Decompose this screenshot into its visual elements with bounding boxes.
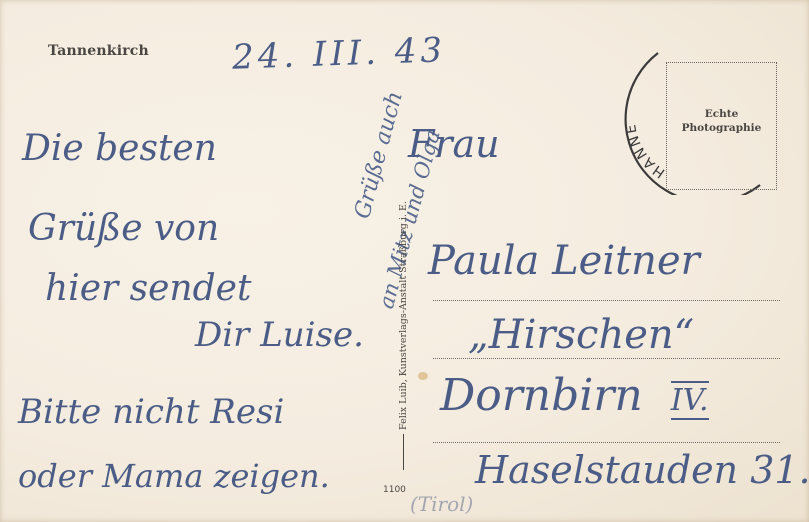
address-line-2 bbox=[433, 358, 780, 359]
postcard-back: Tannenkirch 24. III. 43 Die besten Grüße… bbox=[0, 0, 809, 522]
handwritten-date: 24. III. 43 bbox=[231, 30, 446, 77]
place-name: Tannenkirch bbox=[48, 43, 149, 59]
stamp-box: Echte Photographie bbox=[666, 62, 777, 190]
message-signature: Dir Luise. bbox=[195, 315, 364, 355]
message-line-5: Bitte nicht Resi bbox=[18, 392, 284, 432]
message-line-3: hier sendet bbox=[45, 268, 251, 309]
address-town: Dornbirn IV. bbox=[440, 370, 709, 421]
address-line-3 bbox=[433, 442, 780, 443]
address-town-name: Dornbirn bbox=[440, 370, 643, 421]
publisher-text: Felix Luib, Kunstverlags-Anstalt Straßbu… bbox=[398, 201, 409, 430]
paper-stain bbox=[418, 372, 428, 380]
address-salutation: Frau bbox=[408, 122, 500, 166]
address-street: Haselstauden 31. bbox=[475, 448, 809, 492]
imprint-dash bbox=[403, 434, 404, 470]
message-line-1: Die besten bbox=[22, 128, 217, 169]
message-line-2: Grüße von bbox=[28, 208, 219, 249]
edition-number: 1100 bbox=[383, 485, 406, 495]
message-line-6: oder Mama zeigen. bbox=[18, 457, 330, 495]
stamp-label-line-2: Photographie bbox=[667, 121, 776, 135]
address-district: IV. bbox=[671, 381, 709, 420]
stamp-label-line-1: Echte bbox=[667, 107, 776, 121]
address-name: Paula Leitner bbox=[428, 238, 700, 284]
address-line-1 bbox=[433, 300, 780, 301]
address-region: (Tirol) bbox=[410, 492, 473, 516]
stamp-box-label: Echte Photographie bbox=[667, 107, 776, 135]
address-house: „Hirschen“ bbox=[468, 312, 694, 358]
